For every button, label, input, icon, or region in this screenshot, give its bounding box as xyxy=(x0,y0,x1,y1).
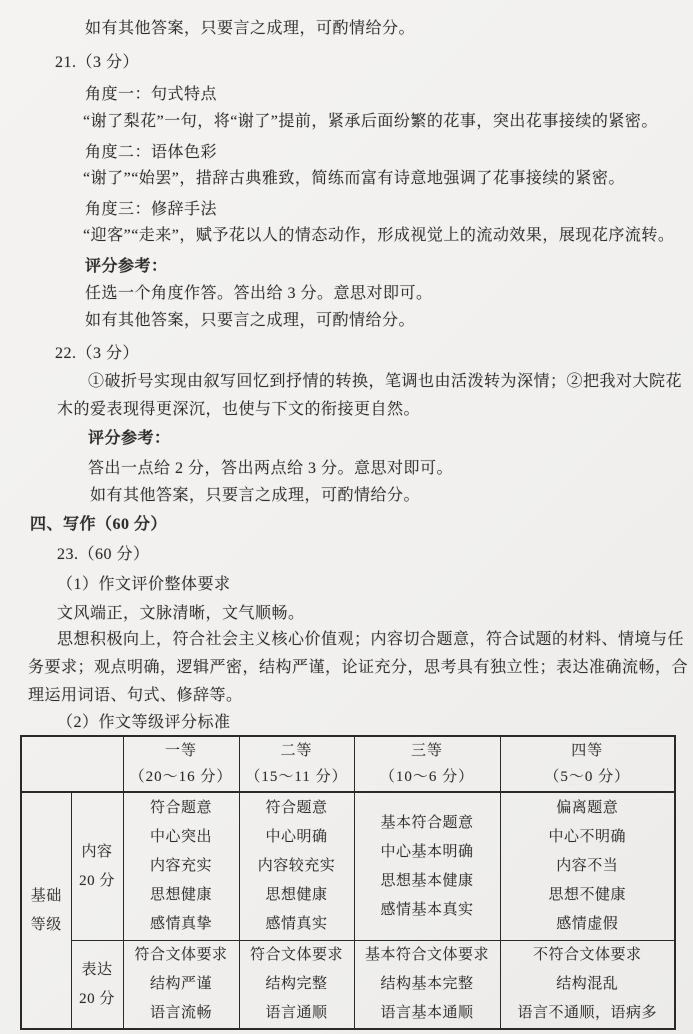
row-header-expression-label: 表达 xyxy=(72,956,123,985)
grade-1-range: （20～16 分） xyxy=(124,764,239,790)
criteria-line: 符合文体要求 xyxy=(240,941,354,970)
section-4-writing-heading: 四、写作（60 分） xyxy=(30,514,167,536)
grade-1-label: 一等 xyxy=(124,738,239,764)
grade-3-range: （10～6 分） xyxy=(355,764,500,790)
essay-requirement-line-1: 文风端正，文脉清晰，文气顺畅。 xyxy=(57,603,305,625)
criteria-line: 基本符合文体要求 xyxy=(355,941,500,970)
criteria-line: 语言通顺 xyxy=(240,999,354,1028)
criteria-line: 中心明确 xyxy=(240,823,354,852)
answer-22-line-2: 木的爱表现得更深沉，也使与下文的衔接更自然。 xyxy=(57,399,420,421)
row-header-content-score: 20 分 xyxy=(72,867,123,896)
essay-requirement-line-3: 务要求；观点明确，逻辑严密，结构严谨，论证充分，思考具有独立性；表达准确流畅，合 xyxy=(28,657,688,679)
criteria-line: 中心突出 xyxy=(124,823,239,852)
angle-3-heading: 角度三：修辞手法 xyxy=(85,199,217,221)
question-21-number: 21.（3 分） xyxy=(55,52,139,74)
row-header-content-label: 内容 xyxy=(72,838,123,867)
criteria-line: 结构基本完整 xyxy=(355,970,500,999)
angle-2-answer: “谢了”“始罢”，措辞古典雅致，简练而富有诗意地强调了花事接续的紧密。 xyxy=(83,168,625,190)
criteria-line: 感情虚假 xyxy=(501,910,675,939)
criteria-line: 结构完整 xyxy=(240,970,354,999)
question-23-number: 23.（60 分） xyxy=(57,544,150,566)
content-grade-4-cell: 偏离题意 中心不明确 内容不当 思想不健康 感情虚假 xyxy=(500,792,675,941)
scoring-rule-22: 答出一点给 2 分，答出两点给 3 分。意思对即可。 xyxy=(88,458,453,480)
scoring-reference-heading-21: 评分参考： xyxy=(85,256,168,278)
criteria-line: 不符合文体要求 xyxy=(501,941,675,970)
grade-1-header: 一等 （20～16 分） xyxy=(123,736,239,792)
criteria-line: 内容不当 xyxy=(501,852,675,881)
criteria-line: 感情基本真实 xyxy=(355,896,500,925)
grade-2-range: （15～11 分） xyxy=(240,764,354,790)
row-group-basic-level: 基础 等级 xyxy=(21,792,71,1029)
angle-1-answer: “谢了梨花”一句，将“谢了”提前，紧承后面纷繁的花事，突出花事接续的紧密。 xyxy=(83,111,658,133)
grade-4-range: （5～0 分） xyxy=(501,764,675,790)
angle-1-heading: 角度一：句式特点 xyxy=(85,84,217,106)
criteria-line: 语言不通顺，语病多 xyxy=(501,999,675,1028)
criteria-line: 感情真挚 xyxy=(124,910,239,939)
angle-3-answer: “迎客”“走来”，赋予花以人的情态动作，形成视觉上的流动效果，展现花序流转。 xyxy=(83,225,674,247)
row-header-expression: 表达 20 分 xyxy=(71,941,123,1030)
criteria-line: 偏离题意 xyxy=(501,794,675,823)
answer-key-page: 如有其他答案，只要言之成理，可酌情给分。 21.（3 分） 角度一：句式特点 “… xyxy=(0,0,693,1034)
content-grade-3-cell: 基本符合题意 中心基本明确 思想基本健康 感情基本真实 xyxy=(354,792,500,941)
note-other-answers-21: 如有其他答案，只要言之成理，可酌情给分。 xyxy=(85,310,415,332)
essay-overall-requirements-heading: （1）作文评价整体要求 xyxy=(57,574,231,596)
criteria-line: 感情真实 xyxy=(240,910,354,939)
row-group-line-2: 等级 xyxy=(22,911,71,940)
criteria-line: 语言流畅 xyxy=(124,999,239,1028)
criteria-line: 思想不健康 xyxy=(501,881,675,910)
essay-grading-rubric-table: 一等 （20～16 分） 二等 （15～11 分） 三等 （10～6 分） 四等… xyxy=(20,735,676,1030)
criteria-line: 内容较充实 xyxy=(240,852,354,881)
grade-2-label: 二等 xyxy=(240,738,354,764)
criteria-line: 语言基本通顺 xyxy=(355,999,500,1028)
row-header-content: 内容 20 分 xyxy=(71,792,123,941)
essay-grading-standard-heading: （2）作文等级评分标准 xyxy=(57,712,231,734)
criteria-line: 思想基本健康 xyxy=(355,867,500,896)
criteria-line: 结构混乱 xyxy=(501,970,675,999)
note-other-answers: 如有其他答案，只要言之成理，可酌情给分。 xyxy=(85,18,415,40)
scoring-reference-heading-22: 评分参考： xyxy=(88,428,171,450)
corner-cell xyxy=(21,736,123,792)
row-header-expression-score: 20 分 xyxy=(72,985,123,1014)
essay-requirement-line-2: 思想积极向上，符合社会主义核心价值观；内容切合题意，符合试题的材料、情境与任 xyxy=(57,629,684,651)
grade-2-header: 二等 （15～11 分） xyxy=(239,736,354,792)
grade-3-label: 三等 xyxy=(355,738,500,764)
expression-grade-1-cell: 符合文体要求 结构严谨 语言流畅 xyxy=(123,941,239,1030)
criteria-line: 结构严谨 xyxy=(124,970,239,999)
row-group-line-1: 基础 xyxy=(22,882,71,911)
content-grade-2-cell: 符合题意 中心明确 内容较充实 思想健康 感情真实 xyxy=(239,792,354,941)
criteria-line: 符合文体要求 xyxy=(124,941,239,970)
essay-requirement-line-4: 理运用词语、句式、修辞等。 xyxy=(28,685,243,707)
grade-4-label: 四等 xyxy=(501,738,675,764)
criteria-line: 中心不明确 xyxy=(501,823,675,852)
grade-3-header: 三等 （10～6 分） xyxy=(354,736,500,792)
scoring-rule-21: 任选一个角度作答。答出给 3 分。意思对即可。 xyxy=(85,283,433,305)
criteria-line: 中心基本明确 xyxy=(355,838,500,867)
criteria-line: 内容充实 xyxy=(124,852,239,881)
grade-4-header: 四等 （5～0 分） xyxy=(500,736,675,792)
angle-2-heading: 角度二：语体色彩 xyxy=(85,142,217,164)
content-grade-1-cell: 符合题意 中心突出 内容充实 思想健康 感情真挚 xyxy=(123,792,239,941)
criteria-line: 思想健康 xyxy=(124,881,239,910)
expression-grade-4-cell: 不符合文体要求 结构混乱 语言不通顺，语病多 xyxy=(500,941,675,1030)
criteria-line: 符合题意 xyxy=(240,794,354,823)
criteria-line: 基本符合题意 xyxy=(355,809,500,838)
note-other-answers-22: 如有其他答案，只要言之成理，可酌情给分。 xyxy=(90,485,420,507)
expression-grade-3-cell: 基本符合文体要求 结构基本完整 语言基本通顺 xyxy=(354,941,500,1030)
question-22-number: 22.（3 分） xyxy=(55,343,139,365)
expression-grade-2-cell: 符合文体要求 结构完整 语言通顺 xyxy=(239,941,354,1030)
criteria-line: 符合题意 xyxy=(124,794,239,823)
criteria-line: 思想健康 xyxy=(240,881,354,910)
answer-22-line-1: ①破折号实现由叙写回忆到抒情的转换，笔调也由活泼转为深情；②把我对大院花 xyxy=(88,371,682,393)
